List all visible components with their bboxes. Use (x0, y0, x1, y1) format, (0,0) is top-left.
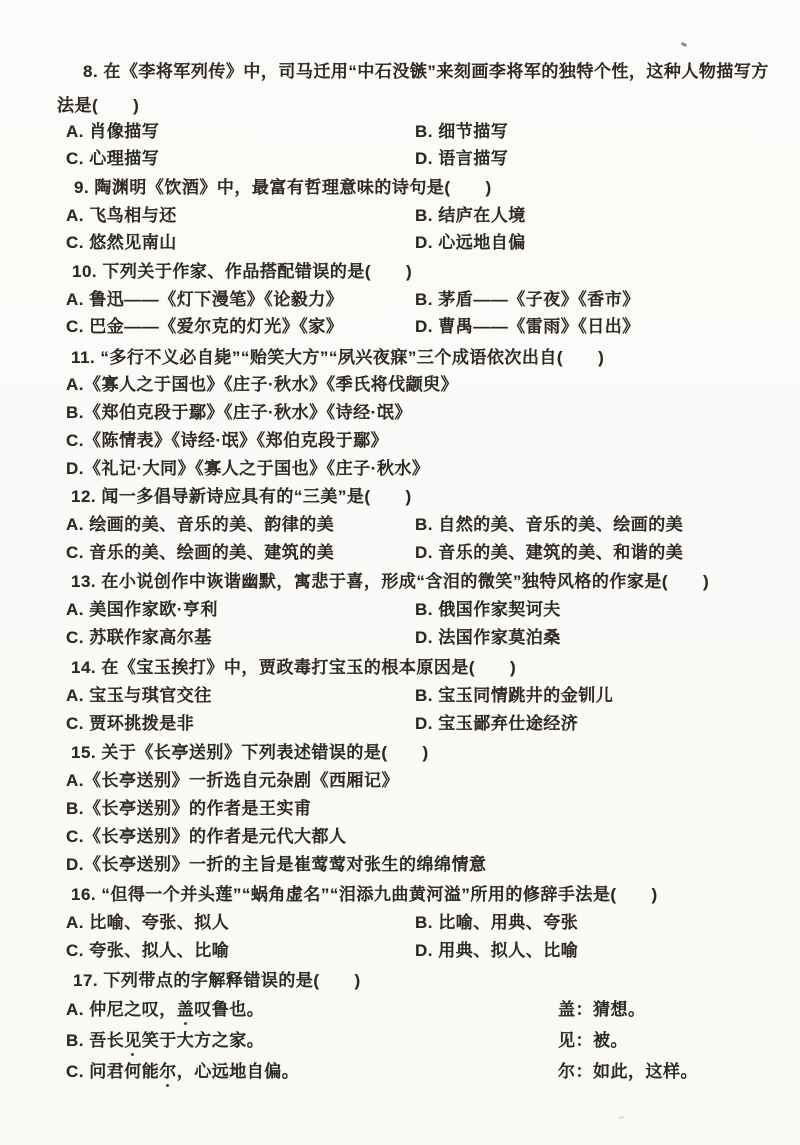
option-row: A. 美国作家欧·亨利B. 俄国作家契诃夫 (66, 600, 218, 620)
option-left: A. 飞鸟相与还 (66, 206, 177, 225)
option-right: B. 俄国作家契诃夫 (415, 600, 561, 620)
option-right: B. 比喻、用典、夸张 (415, 913, 578, 933)
option-left: C. 心理描写 (66, 149, 159, 168)
annotation-note: 尔：如此，这样。 (558, 1062, 698, 1082)
option-row: C. 贾环挑拨是非D. 宝玉鄙弃仕途经济 (66, 714, 194, 734)
option-row: C. 心理描写D. 语言描写 (66, 149, 159, 169)
option-right: B. 细节描写 (415, 122, 508, 142)
question-stem: 11. “多行不义必自毙”“贻笑大方”“夙兴夜寐”三个成语依次出自( ) (71, 348, 604, 368)
scanned-exam-page: 8. 在《李将军列传》中，司马迁用“中石没镞”来刻画李将军的独特个性，这种人物描… (0, 0, 800, 1145)
question-stem: 13. 在小说创作中诙谐幽默，寓悲于喜，形成“含泪的微笑”独特风格的作家是( ) (71, 572, 709, 592)
question-stem: 15. 关于《长亭送别》下列表述错误的是( ) (71, 743, 429, 763)
question-stem: 9. 陶渊明《饮酒》中，最富有哲理意味的诗句是( ) (74, 178, 492, 198)
emphasized-char: 见 (124, 1031, 142, 1051)
option-left: C. 音乐的美、绘画的美、建筑的美 (66, 543, 334, 562)
option-right: D. 用典、拟人、比喻 (415, 941, 578, 961)
option-right: D. 法国作家莫泊桑 (415, 628, 561, 648)
option-row: C. 巴金——《爱尔克的灯光》《家》D. 曹禺——《雷雨》《日出》 (66, 317, 343, 337)
option-left: A. 肖像描写 (66, 122, 159, 141)
option-row: A. 绘画的美、音乐的美、韵律的美B. 自然的美、音乐的美、绘画的美 (66, 515, 334, 535)
option-right: B. 茅盾——《子夜》《香市》 (415, 290, 640, 310)
question-stem: 12. 闻一多倡导新诗应具有的“三美”是( ) (71, 487, 412, 507)
option-right: B. 结庐在人境 (415, 206, 526, 226)
scan-artifact (681, 42, 688, 47)
option-row: A. 飞鸟相与还B. 结庐在人境 (66, 206, 177, 226)
option-left: C. 贾环挑拨是非 (66, 714, 194, 733)
option-line: C.《长亭送别》的作者是元代大都人 (66, 827, 347, 847)
option-line: B.《长亭送别》的作者是王实甫 (66, 799, 312, 819)
question-stem: 8. 在《李将军列传》中，司马迁用“中石没镞”来刻画李将军的独特个性，这种人物描… (83, 62, 769, 82)
option-right: D. 音乐的美、建筑的美、和谐的美 (415, 543, 683, 563)
option-left: C. 苏联作家高尔基 (66, 628, 212, 647)
option-left: C. 悠然见南山 (66, 233, 177, 252)
option-left: A. 比喻、夸张、拟人 (66, 913, 229, 932)
option-line: D.《长亭送别》一折的主旨是崔莺莺对张生的绵绵情意 (66, 855, 487, 875)
option-row: A. 肖像描写B. 细节描写 (66, 122, 159, 142)
question-stem-continuation: 法是( ) (57, 96, 139, 116)
option-row: C. 夸张、拟人、比喻D. 用典、拟人、比喻 (66, 941, 229, 961)
option-line: C.《陈情表》《诗经·氓》《郑伯克段于鄢》 (66, 431, 388, 451)
annotation-note: 见：被。 (558, 1031, 628, 1051)
option-line: A.《长亭送别》一折选自元杂剧《西厢记》 (66, 771, 399, 791)
option-text-post: 笑于大方之家。 (142, 1031, 265, 1050)
question-stem: 16. “但得一个并头莲”“蜗角虚名”“泪添九曲黄河溢”所用的修辞手法是( ) (71, 885, 658, 905)
option-row: A. 鲁迅——《灯下漫笔》《论毅力》B. 茅盾——《子夜》《香市》 (66, 290, 343, 310)
option-left: A. 宝玉与琪官交往 (66, 686, 212, 705)
option-left: A. 鲁迅——《灯下漫笔》《论毅力》 (66, 290, 343, 309)
option-left: A. 绘画的美、音乐的美、韵律的美 (66, 515, 334, 534)
annotation-note: 盖：猜想。 (558, 1000, 646, 1020)
option-left: C. 巴金——《爱尔克的灯光》《家》 (66, 317, 343, 336)
option-text-pre: C. 问君何能 (66, 1062, 159, 1081)
option-row: C. 音乐的美、绘画的美、建筑的美D. 音乐的美、建筑的美、和谐的美 (66, 543, 334, 563)
question-stem: 17. 下列带点的字解释错误的是( ) (73, 971, 361, 991)
option-right: D. 宝玉鄙弃仕途经济 (415, 714, 578, 734)
question-stem: 10. 下列关于作家、作品搭配错误的是( ) (72, 262, 412, 282)
emphasized-char: 盖 (177, 1000, 195, 1020)
option-left: A. 美国作家欧·亨利 (66, 600, 218, 619)
option-row: A. 宝玉与琪官交往B. 宝玉同情跳井的金钏儿 (66, 686, 212, 706)
question-stem: 14. 在《宝玉挨打》中，贾政毒打宝玉的根本原因是( ) (71, 658, 516, 678)
option-line: A.《寡人之于国也》《庄子·秋水》《季氏将伐颛臾》 (66, 375, 458, 395)
option-right: B. 宝玉同情跳井的金钏儿 (415, 686, 613, 706)
option-text-pre: B. 吾长 (66, 1031, 124, 1050)
option-text-post: 叹鲁也。 (194, 1000, 264, 1019)
option-left: C. 夸张、拟人、比喻 (66, 941, 229, 960)
option-with-annotation: B. 吾长见笑于大方之家。见：被。 (66, 1031, 264, 1051)
option-text-post: ，心远地自偏。 (177, 1062, 300, 1081)
option-row: A. 比喻、夸张、拟人B. 比喻、用典、夸张 (66, 913, 229, 933)
option-line: D.《礼记·大同》《寡人之于国也》《庄子·秋水》 (66, 459, 429, 479)
option-row: C. 苏联作家高尔基D. 法国作家莫泊桑 (66, 628, 212, 648)
option-right: D. 心远地自偏 (415, 233, 526, 253)
option-with-annotation: C. 问君何能尔，心远地自偏。尔：如此，这样。 (66, 1062, 299, 1082)
option-right: B. 自然的美、音乐的美、绘画的美 (415, 515, 683, 535)
option-text-pre: A. 仲尼之叹， (66, 1000, 177, 1019)
option-line: B.《郑伯克段于鄢》《庄子·秋水》《诗经·氓》 (66, 403, 412, 423)
option-right: D. 语言描写 (415, 149, 508, 169)
emphasized-char: 尔 (159, 1062, 177, 1082)
option-with-annotation: A. 仲尼之叹，盖叹鲁也。盖：猜想。 (66, 1000, 264, 1020)
option-row: C. 悠然见南山D. 心远地自偏 (66, 233, 177, 253)
scan-artifact (618, 1116, 624, 1119)
option-right: D. 曹禺——《雷雨》《日出》 (415, 317, 640, 337)
